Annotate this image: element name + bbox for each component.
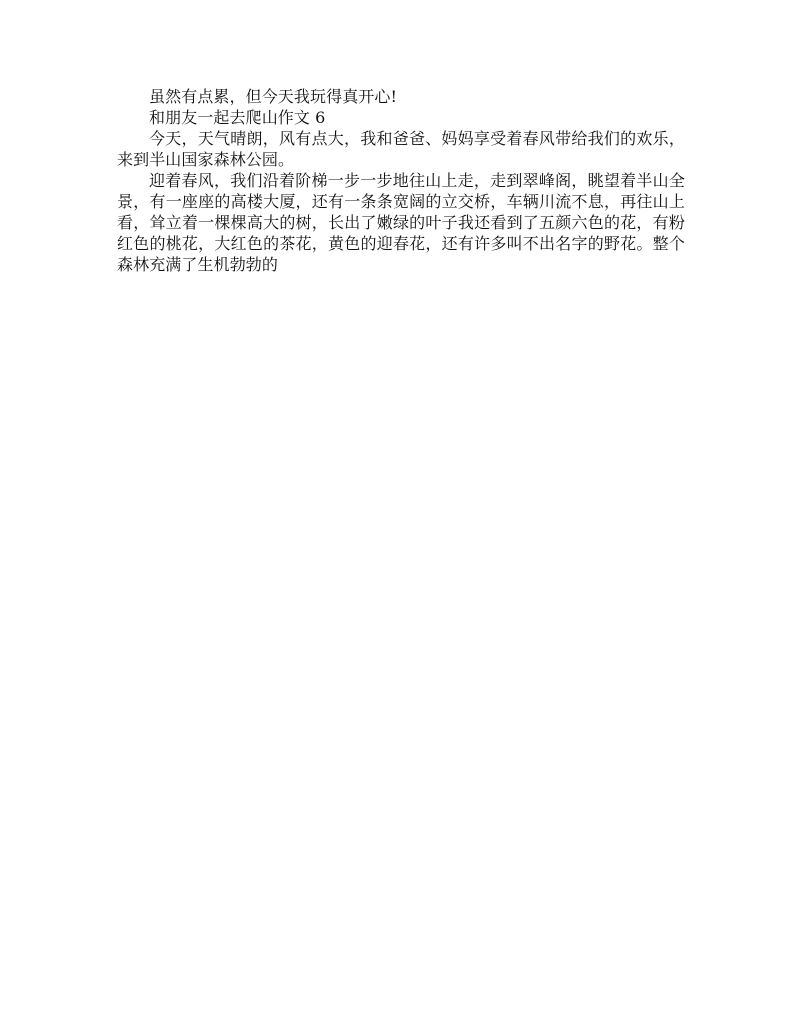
document-page: 虽然有点累，但今天我玩得真开心! 和朋友一起去爬山作文 6 今天，天气晴朗，风有… [117,86,685,275]
paragraph-closing-line: 虽然有点累，但今天我玩得真开心! [117,86,685,107]
paragraph-intro: 今天，天气晴朗，风有点大，我和爸爸、妈妈享受着春风带给我们的欢乐，来到半山国家森… [117,128,685,170]
essay-title: 和朋友一起去爬山作文 6 [117,107,685,128]
paragraph-body: 迎着春风，我们沿着阶梯一步一步地往山上走，走到翠峰阁，眺望着半山全景，有一座座的… [117,170,685,275]
